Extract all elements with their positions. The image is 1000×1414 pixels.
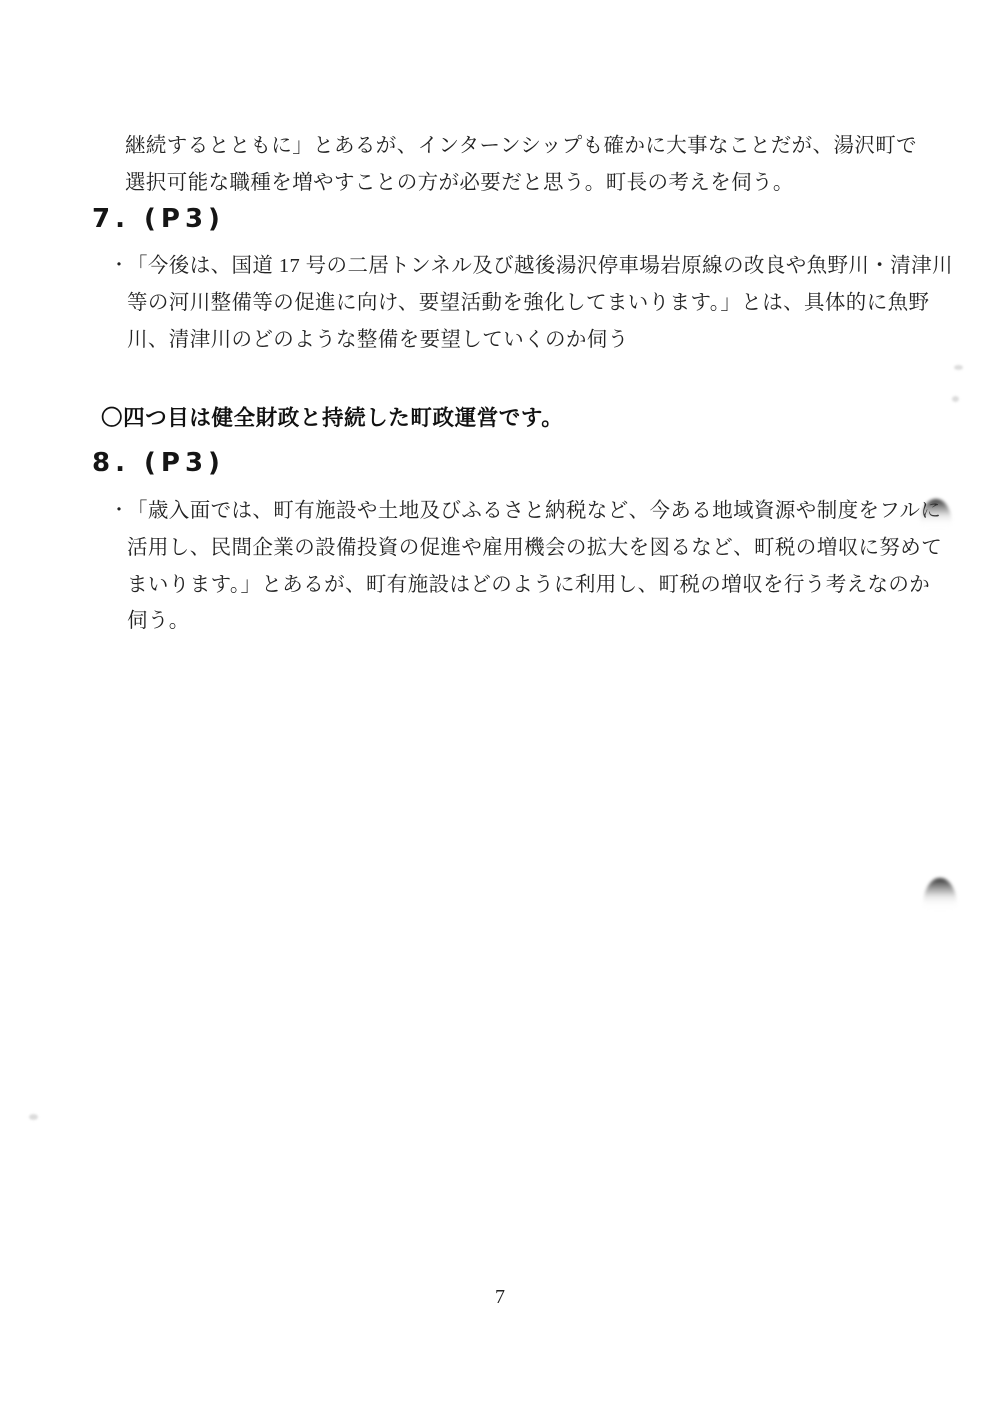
scan-noise-speck (29, 1114, 38, 1120)
intro-line: 選択可能な職種を増やすことの方が必要だと思う。町長の考えを伺う。 (125, 165, 917, 202)
intro-line: 継続するとともに」とあるが、インターンシップも確かに大事なことだが、湯沢町で (125, 128, 917, 165)
question-7-body: ・「今後は、国道 17 号の二居トンネル及び越後湯沢停車場岩原線の改良や魚野川・… (110, 247, 953, 358)
intro-paragraph: 継続するとともに」とあるが、インターンシップも確かに大事なことだが、湯沢町で 選… (125, 128, 917, 202)
question-8-line: 活用し、民間企業の設備投資の促進や雇用機会の拡大を図るなど、町税の増収に努めて (110, 530, 942, 567)
question-7-line: 等の河川整備等の促進に向け、要望活動を強化してまいります。」とは、具体的に魚野 (110, 285, 953, 322)
question-8-line: 伺う。 (110, 603, 942, 640)
question-7-line-text: 「今後は、国道 17 号の二居トンネル及び越後湯沢停車場岩原線の改良や魚野川・清… (127, 255, 953, 277)
question-8-line-text: 「歳入面では、町有施設や土地及びふるさと納税など、今ある地域資源や制度をフルに (127, 500, 941, 522)
question-8-heading: 8. (P3) (92, 448, 225, 478)
scan-artifact-arc (923, 878, 957, 910)
question-8-line: まいります。」とあるが、町有施設はどのように利用し、町税の増収を行う考えなのか (110, 567, 942, 604)
page-number: 7 (0, 1286, 1000, 1309)
bullet-marker: ・ (110, 247, 127, 284)
question-8-body: ・「歳入面では、町有施設や土地及びふるさと納税など、今ある地域資源や制度をフルに… (110, 492, 942, 640)
topic-4-statement: 〇四つ目は健全財政と持続した町政運営です。 (101, 401, 563, 432)
question-7-line: ・「今後は、国道 17 号の二居トンネル及び越後湯沢停車場岩原線の改良や魚野川・… (110, 247, 953, 285)
scan-noise-speck (952, 396, 959, 402)
question-7-heading: 7. (P3) (92, 204, 225, 234)
question-7-line: 川、清津川のどのような整備を要望していくのか伺う (110, 322, 953, 359)
scanned-document-page: 継続するとともに」とあるが、インターンシップも確かに大事なことだが、湯沢町で 選… (0, 0, 1000, 1414)
question-8-line: ・「歳入面では、町有施設や土地及びふるさと納税など、今ある地域資源や制度をフルに (110, 492, 942, 530)
scan-noise-speck (954, 365, 963, 370)
bullet-marker: ・ (110, 492, 127, 529)
